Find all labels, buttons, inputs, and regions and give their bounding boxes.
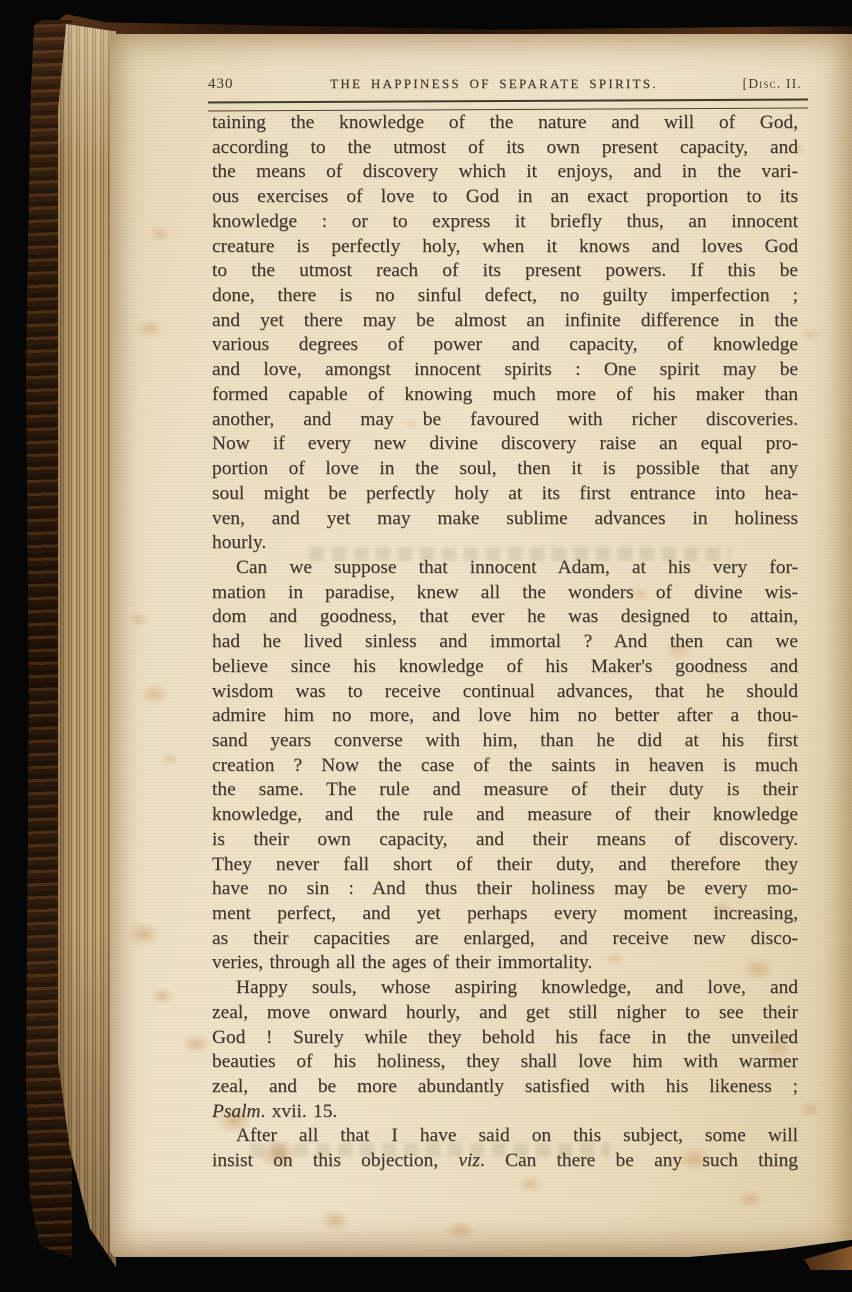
text-line: and yet there may be almost an infinite …	[212, 309, 798, 334]
text-line: creature is perfectly holy, when it know…	[212, 235, 798, 260]
text-line: taining the knowledge of the nature and …	[212, 111, 798, 136]
text-line: the means of discovery which it enjoys, …	[212, 160, 798, 185]
text-line: Happy souls, whose aspiring knowledge, a…	[212, 976, 798, 1001]
text-line: zeal, move onward hourly, and get still …	[212, 1001, 798, 1026]
text-line: Now if every new divine discovery raise …	[212, 432, 798, 457]
page-stack-fore-edge	[58, 24, 116, 1272]
text-line: God ! Surely while they behold his face …	[212, 1026, 798, 1051]
text-line: believe since his knowledge of his Maker…	[212, 655, 798, 680]
text-line: done, there is no sinful defect, no guil…	[212, 284, 798, 309]
text-line: have no sin : And thus their holiness ma…	[212, 877, 798, 902]
text-line: knowledge : or to express it briefly thu…	[212, 210, 798, 235]
text-line: Can we suppose that innocent Adam, at hi…	[212, 556, 798, 581]
text-line: sand years converse with him, than he di…	[212, 729, 798, 754]
cover-corner-leather	[804, 1246, 852, 1270]
text-line: Psalm. xvii. 15.	[212, 1100, 798, 1125]
text-line: and love, amongst innocent spirits : One…	[212, 358, 798, 383]
text-line: another, and may be favoured with richer…	[212, 408, 798, 433]
text-line: hourly.	[212, 531, 798, 556]
text-line: ous exercises of love to God in an exact…	[212, 185, 798, 210]
text-line: creation ? Now the case of the saints in…	[212, 754, 798, 779]
text-line: After all that I have said on this subje…	[212, 1124, 798, 1149]
text-line: formed capable of knowing much more of h…	[212, 383, 798, 408]
text-line: various degrees of power and capacity, o…	[212, 333, 798, 358]
text-line: zeal, and be more abundantly satisfied w…	[212, 1075, 798, 1100]
book-page: 430 THE HAPPINESS OF SEPARATE SPIRITS. […	[110, 34, 852, 1257]
text-line: according to the utmost of its own prese…	[212, 136, 798, 161]
text-line: They never fall short of their duty, and…	[212, 853, 798, 878]
section-label: [Disc. II.	[716, 76, 802, 92]
page-header: 430 THE HAPPINESS OF SEPARATE SPIRITS. […	[208, 76, 802, 93]
text-line: ment perfect, and yet perhaps every mome…	[212, 902, 798, 927]
text-line: admire him no more, and love him no bett…	[212, 704, 798, 729]
text-line: the same. The rule and measure of their …	[212, 778, 798, 803]
text-line: portion of love in the soul, then it is …	[212, 457, 798, 482]
header-double-rule	[208, 99, 808, 111]
page-number: 430	[208, 76, 272, 93]
text-line: to the utmost reach of its present power…	[212, 259, 798, 284]
text-line: is their own capacity, and their means o…	[212, 828, 798, 853]
running-title: THE HAPPINESS OF SEPARATE SPIRITS.	[272, 76, 716, 92]
text-line: as their capacities are enlarged, and re…	[212, 927, 798, 952]
text-line: had he lived sinless and immortal ? And …	[212, 630, 798, 655]
text-line: wisdom was to receive continual advances…	[212, 680, 798, 705]
text-line: knowledge, and the rule and measure of t…	[212, 803, 798, 828]
text-line: mation in paradise, knew all the wonders…	[212, 581, 798, 606]
page-text: taining the knowledge of the nature and …	[212, 111, 798, 1174]
text-line: soul might be perfectly holy at its firs…	[212, 482, 798, 507]
text-line: dom and goodness, that ever he was desig…	[212, 605, 798, 630]
text-line: insist on this objection, viz. Can there…	[212, 1149, 798, 1174]
text-line: veries, through all the ages of their im…	[212, 951, 798, 976]
text-line: beauties of his holiness, they shall lov…	[212, 1050, 798, 1075]
text-line: ven, and yet may make sublime advances i…	[212, 507, 798, 532]
book-photo: 430 THE HAPPINESS OF SEPARATE SPIRITS. […	[0, 0, 852, 1292]
